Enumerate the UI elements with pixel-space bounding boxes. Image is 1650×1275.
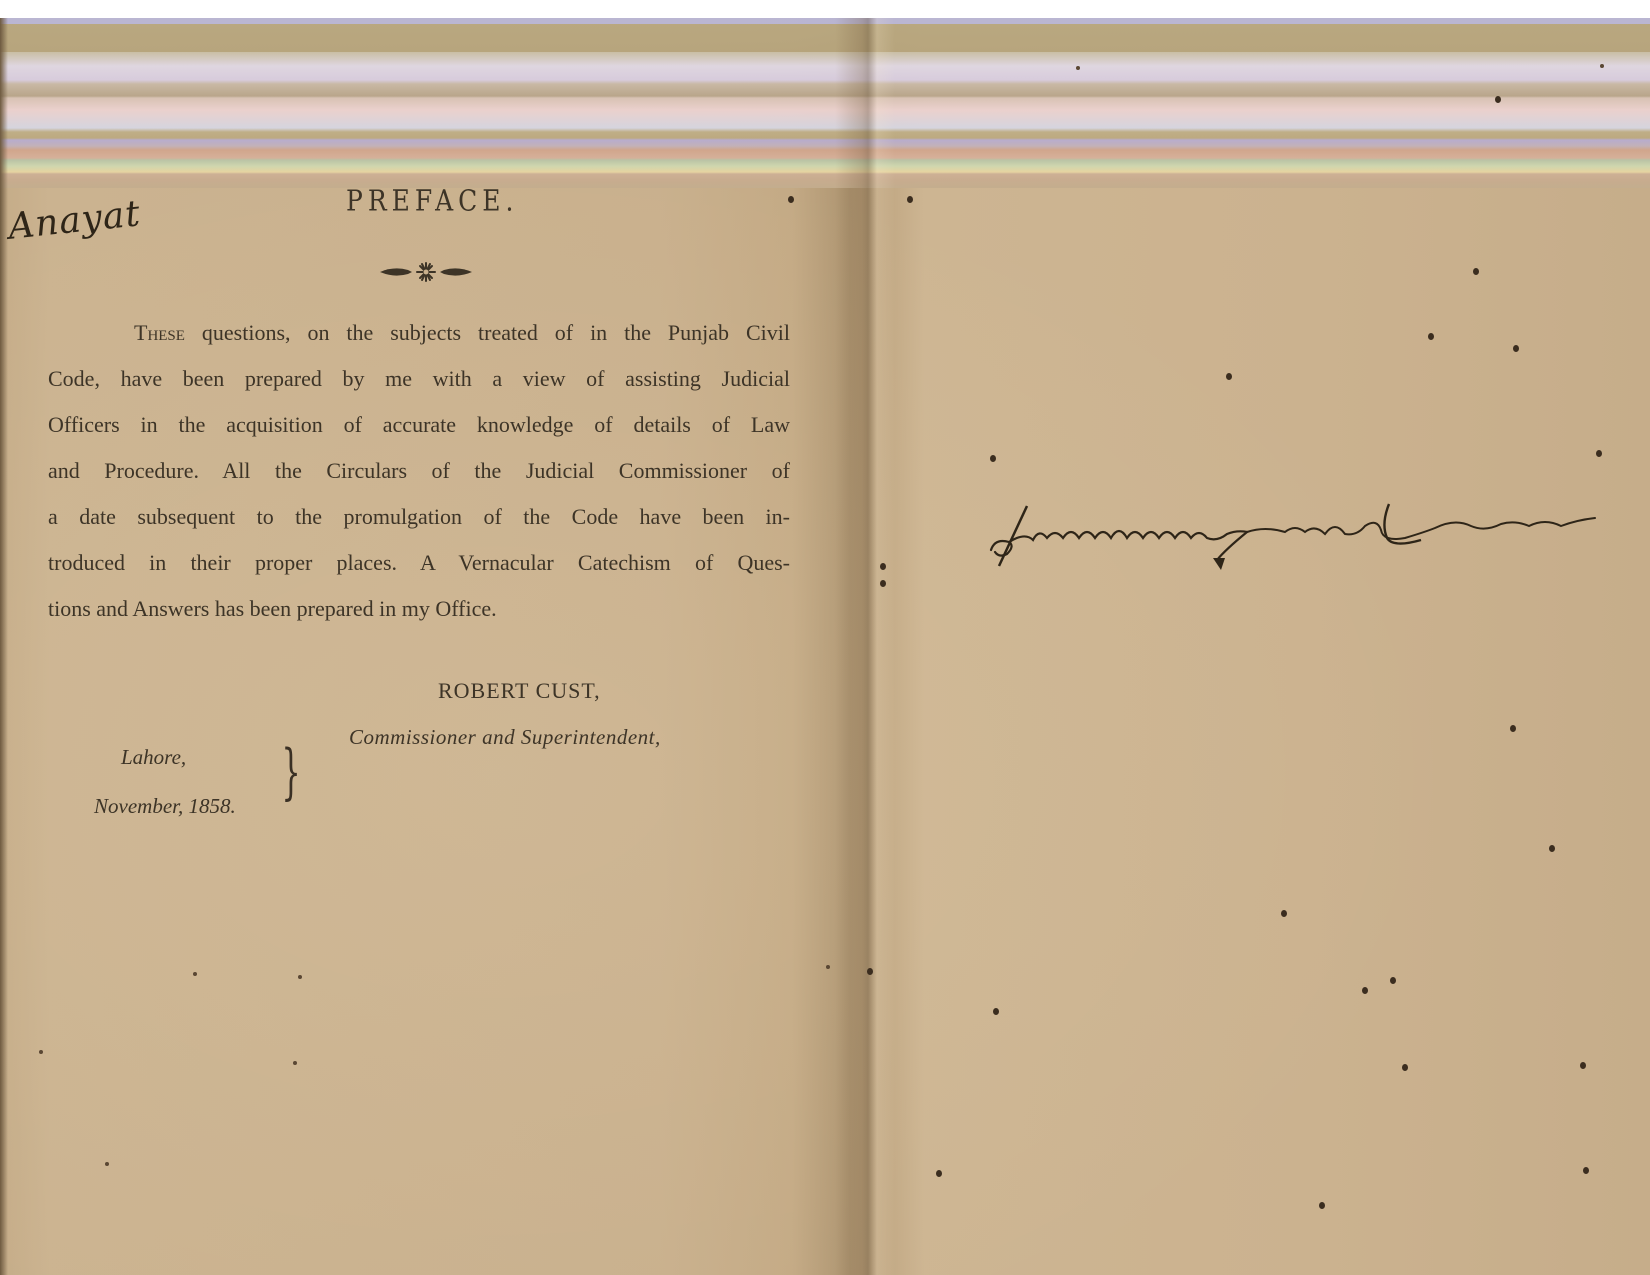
curly-brace-icon: } bbox=[282, 742, 301, 802]
scanner-artifact-band bbox=[0, 18, 1650, 188]
ink-spot bbox=[193, 972, 197, 976]
ink-spot bbox=[1428, 333, 1434, 340]
ink-spot bbox=[1281, 910, 1287, 917]
ink-spot bbox=[1362, 987, 1368, 994]
ink-spot bbox=[1596, 450, 1602, 457]
ink-spot bbox=[1319, 1202, 1325, 1209]
ink-spot bbox=[1510, 725, 1516, 732]
ink-spot bbox=[1549, 845, 1555, 852]
handwritten-signature-icon bbox=[985, 498, 1645, 578]
body-line: a date subsequent to the promulgation of… bbox=[48, 494, 790, 540]
ink-spot bbox=[867, 968, 873, 975]
ink-spot bbox=[1583, 1167, 1589, 1174]
drop-lead-word: These bbox=[134, 320, 185, 345]
body-line: Code, have been prepared by me with a vi… bbox=[48, 356, 790, 402]
ink-spot bbox=[880, 563, 886, 570]
ink-spot bbox=[1600, 64, 1604, 68]
body-line: troduced in their proper places. A Verna… bbox=[48, 540, 790, 586]
ink-spot bbox=[993, 1008, 999, 1015]
ink-spot bbox=[1580, 1062, 1586, 1069]
ink-spot bbox=[1402, 1064, 1408, 1071]
ink-spot bbox=[105, 1162, 109, 1166]
ink-spot bbox=[39, 1050, 43, 1054]
body-line: tions and Answers has been prepared in m… bbox=[48, 586, 790, 632]
signatory-title: Commissioner and Superintendent, bbox=[349, 725, 661, 750]
body-line: These questions, on the subjects treated… bbox=[48, 310, 790, 356]
ink-spot bbox=[880, 580, 886, 587]
ink-spot bbox=[293, 1061, 297, 1065]
signatory-name: ROBERT CUST, bbox=[438, 678, 601, 704]
ink-spot bbox=[1076, 66, 1080, 70]
ink-spot bbox=[298, 975, 302, 979]
ink-spot bbox=[826, 965, 830, 969]
scanned-page-background bbox=[0, 18, 1650, 1275]
preface-body: These questions, on the subjects treated… bbox=[48, 310, 790, 632]
ink-spot bbox=[1473, 268, 1479, 275]
dateline-place: Lahore, bbox=[121, 745, 186, 770]
ink-spot bbox=[1390, 977, 1396, 984]
ink-spot bbox=[1226, 373, 1232, 380]
body-line-text: questions, on the subjects treated of in… bbox=[185, 320, 790, 345]
book-gutter-fold bbox=[835, 18, 895, 1275]
ink-spot bbox=[788, 196, 794, 203]
floral-divider-icon bbox=[378, 261, 474, 283]
body-line: Officers in the acquisition of accurate … bbox=[48, 402, 790, 448]
ink-spot bbox=[936, 1170, 942, 1177]
dateline-date: November, 1858. bbox=[94, 794, 236, 819]
ink-spot bbox=[1513, 345, 1519, 352]
ink-spot bbox=[907, 196, 913, 203]
ink-spot bbox=[990, 455, 996, 462]
body-line: and Procedure. All the Circulars of the … bbox=[48, 448, 790, 494]
page-heading: PREFACE. bbox=[346, 184, 518, 217]
ink-spot bbox=[1495, 96, 1501, 103]
